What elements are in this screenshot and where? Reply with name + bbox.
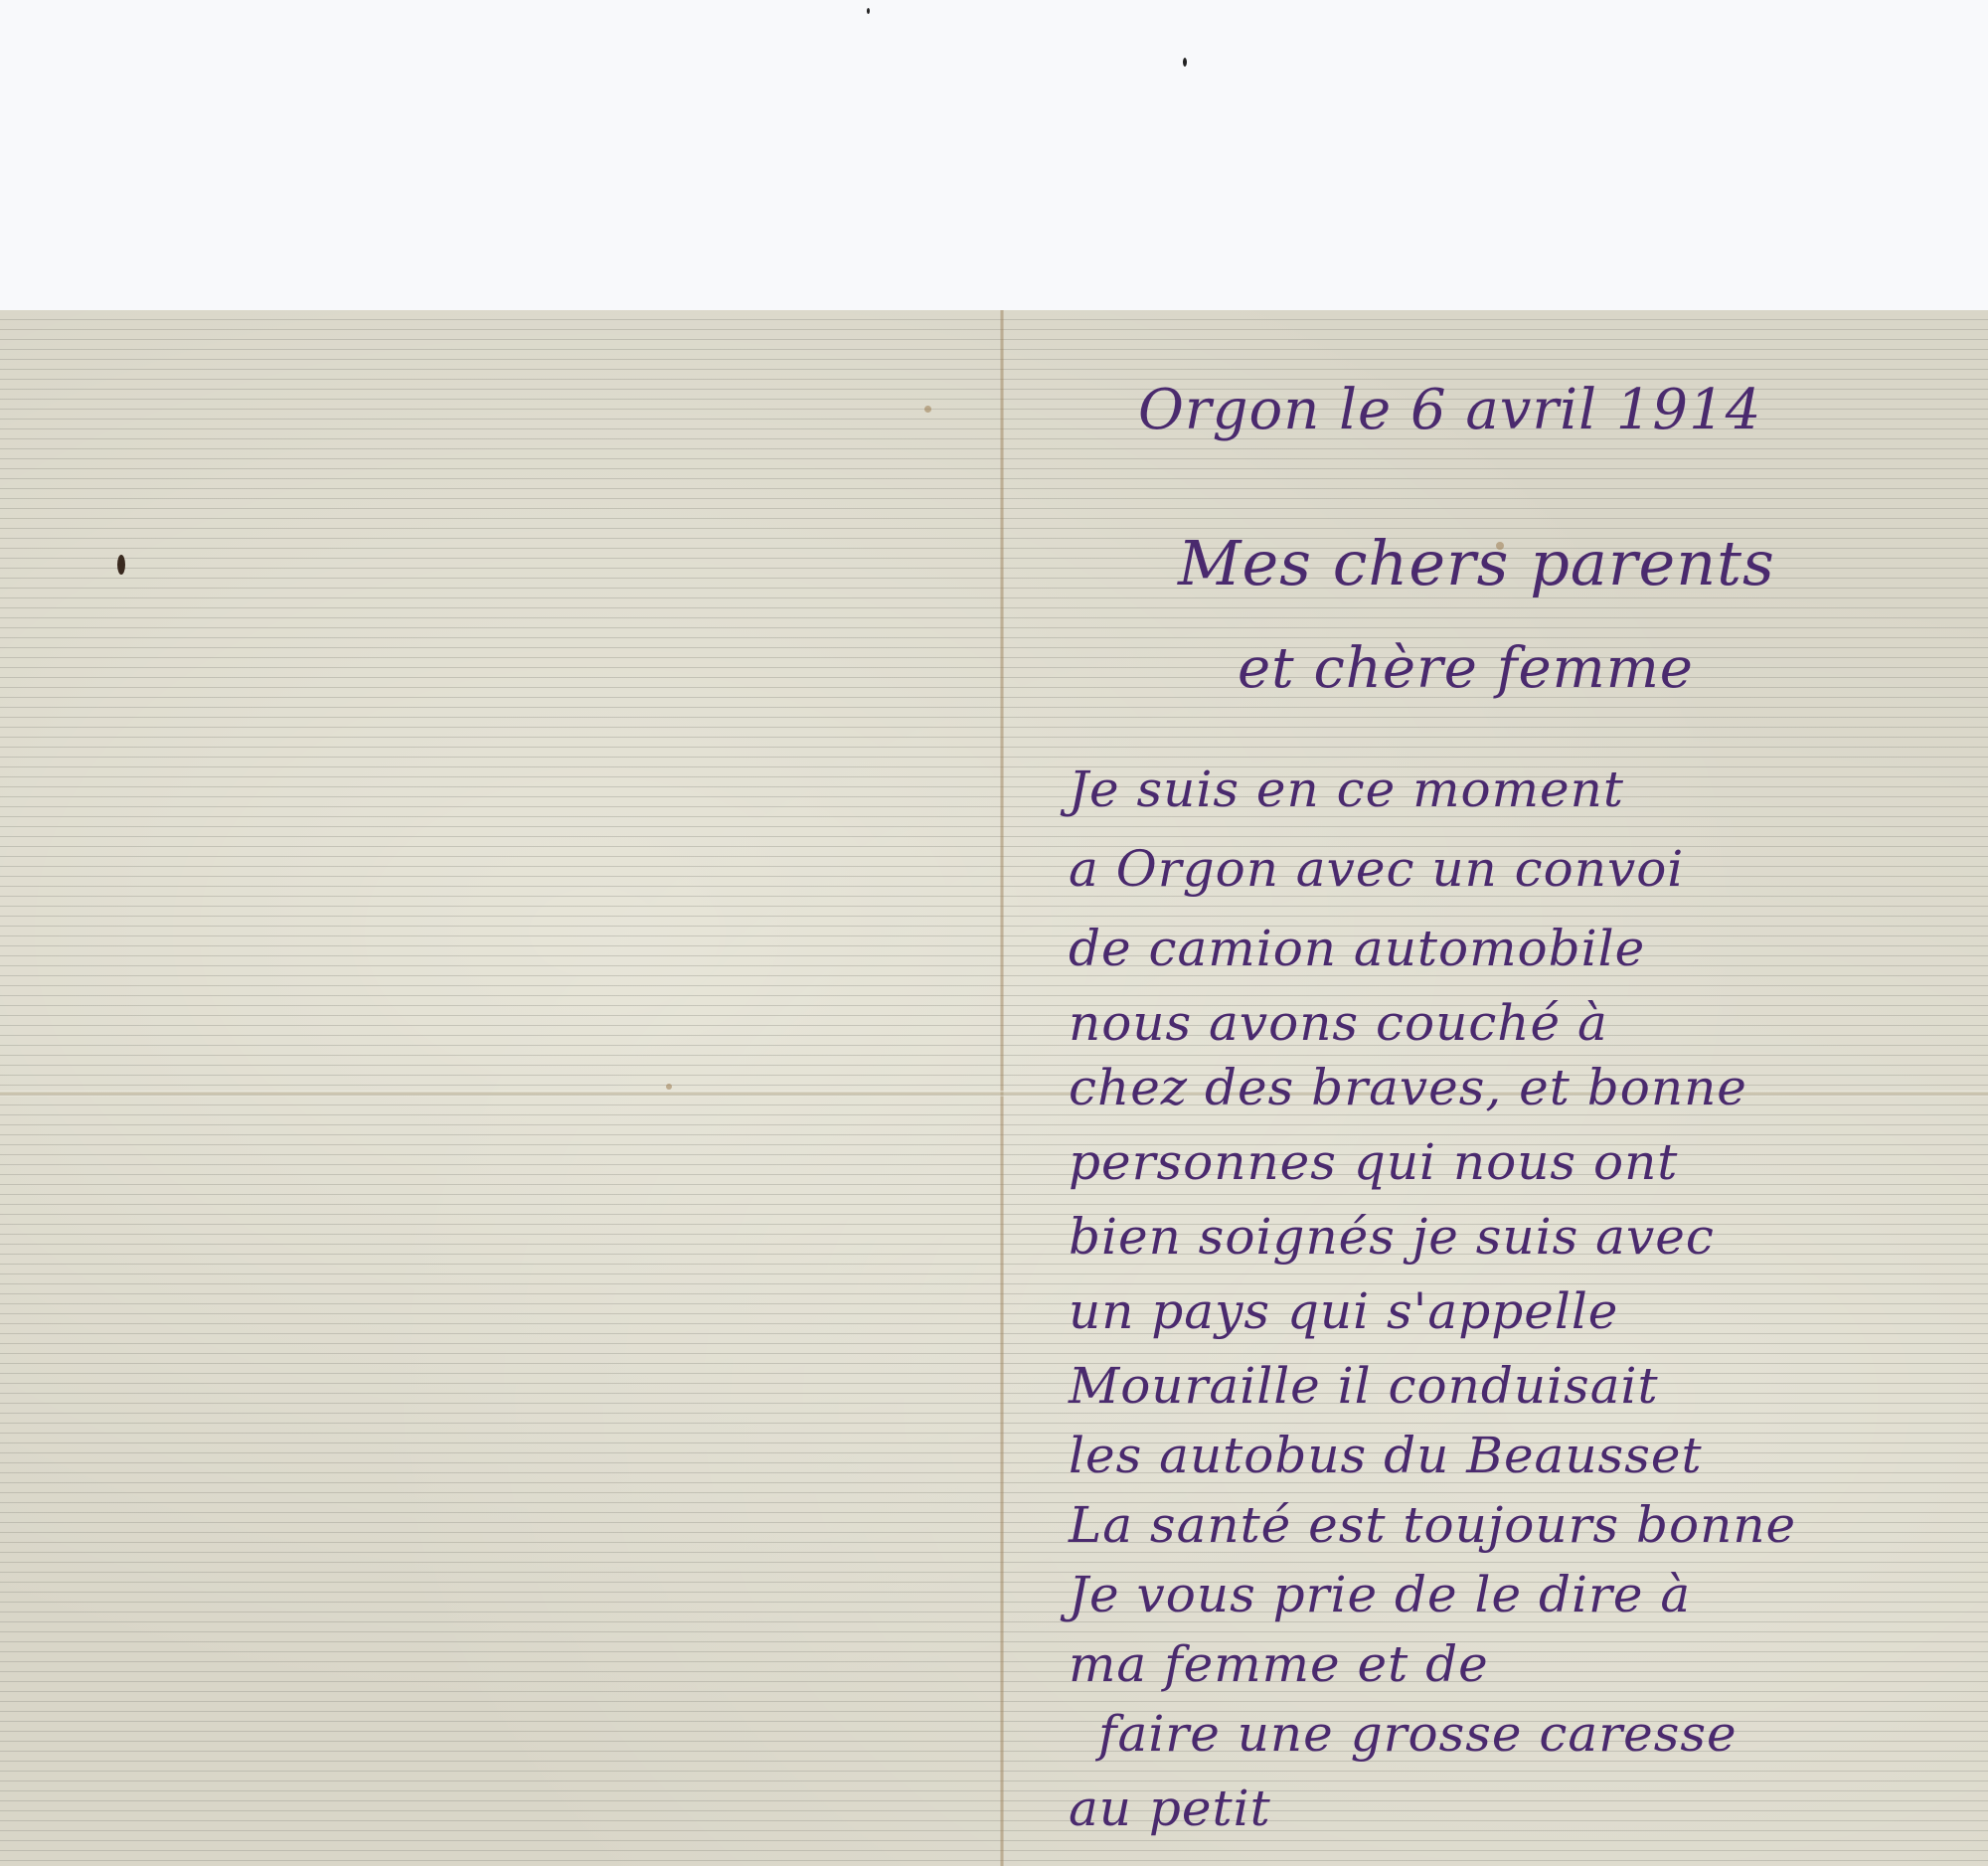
ink-spot — [117, 555, 125, 575]
body-line: Mouraille il conduisait — [1069, 1357, 1659, 1415]
body-line: Je vous prie de le dire à — [1069, 1566, 1691, 1623]
paper-stain — [666, 1084, 672, 1090]
body-line: a Orgon avec un convoi — [1069, 840, 1684, 898]
body-line: au petit — [1069, 1780, 1271, 1837]
body-line: un pays qui s'appelle — [1069, 1282, 1618, 1340]
body-line: de camion automobile — [1069, 920, 1645, 977]
dust-speck — [867, 8, 870, 14]
body-line: La santé est toujours bonne — [1069, 1496, 1796, 1554]
body-line: personnes qui nous ont — [1069, 1133, 1678, 1191]
date-line: Orgon le 6 avril 1914 — [1138, 378, 1761, 442]
paper-stain — [924, 406, 931, 413]
body-line: nous avons couché à — [1069, 994, 1608, 1052]
dust-speck — [1183, 58, 1187, 67]
salutation-line-2: et chère femme — [1238, 636, 1694, 701]
body-line: Je suis en ce moment — [1069, 761, 1624, 818]
body-line: chez des braves, et bonne — [1069, 1059, 1747, 1116]
salutation-line-1: Mes chers parents — [1178, 527, 1775, 599]
body-line: ma femme et de — [1069, 1635, 1489, 1693]
scanner-background — [0, 0, 1988, 310]
body-line: les autobus du Beausset — [1069, 1427, 1703, 1484]
vertical-fold-crease — [1000, 310, 1004, 1866]
body-line: faire une grosse caresse — [1098, 1705, 1738, 1763]
body-line: bien soignés je suis avec — [1069, 1208, 1715, 1266]
